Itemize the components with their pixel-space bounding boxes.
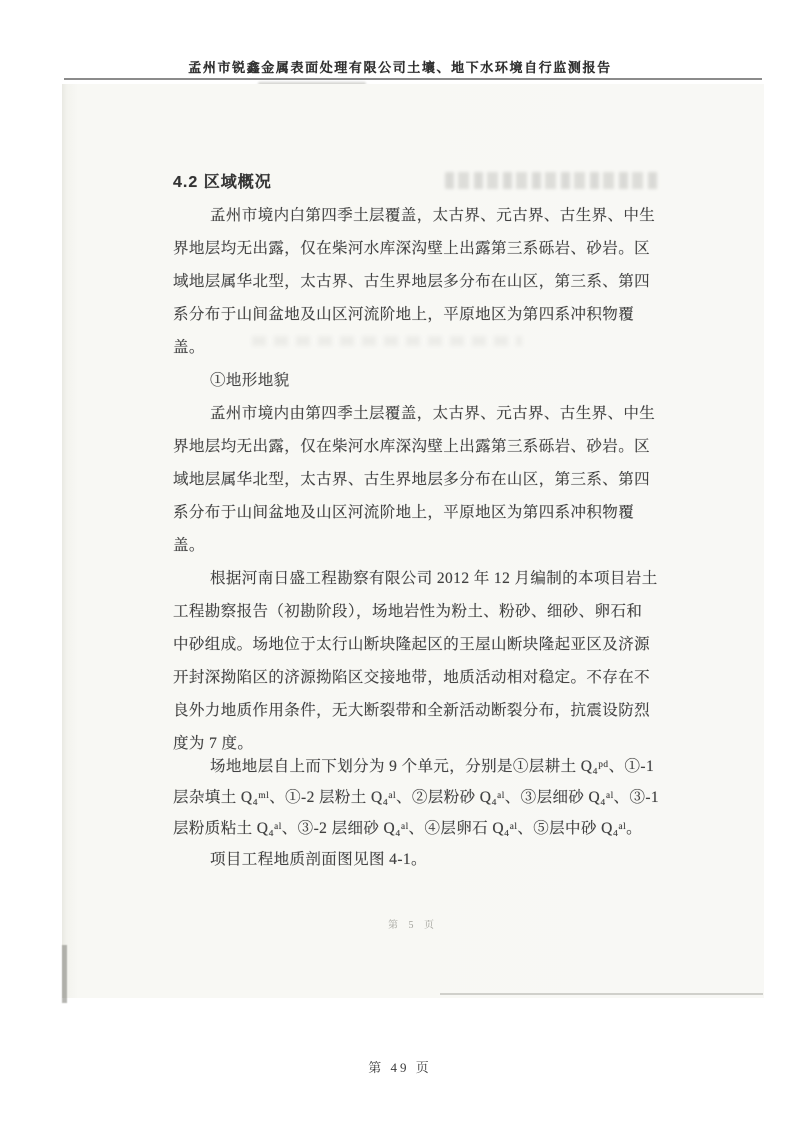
text-line: 根据河南日盛工程勘察有限公司 2012 年 12 月编制的本项目岩土	[173, 562, 693, 595]
text-line: 界地层均无出露，仅在柴河水库深沟壁上出露第三系砾岩、砂岩。区	[173, 232, 693, 265]
text-line: 场地地层自上而下划分为 9 个单元，分别是①层耕土 Q₄ᵖᵈ、①-1	[173, 751, 693, 782]
text-line: 工程勘察报告（初勘阶段），场地岩性为粉土、粉砂、细砂、卵石和	[173, 595, 693, 628]
section-heading: 4.2 区域概况	[173, 166, 693, 199]
text-line: 孟州市境内白第四季土层覆盖，太古界、元古界、古生界、中生	[173, 199, 693, 232]
text-line: 系分布于山间盆地及山区河流阶地上，平原地区为第四系冲积物覆	[173, 298, 693, 331]
text-line: 层杂填土 Q₄ᵐˡ、①-2 层粉土 Q₄ᵃˡ、②层粉砂 Q₄ᵃˡ、③层细砂 Q₄…	[173, 782, 693, 813]
text-line: 域地层属华北型，太古界、古生界地层多分布在山区，第三系、第四	[173, 265, 693, 298]
document-body: 4.2 区域概况 孟州市境内白第四季土层覆盖，太古界、元古界、古生界、中生 界地…	[173, 166, 693, 875]
text-line: 域地层属华北型，太古界、古生界地层多分布在山区，第三系、第四	[173, 463, 693, 496]
document-page: { "header": { "title": "孟州市锐鑫金属表面处理有限公司土…	[0, 0, 800, 1132]
text-line: 良外力地质作用条件，无大断裂带和全新活动断裂分布，抗震设防烈	[173, 694, 693, 727]
scan-edge-smudge	[62, 945, 67, 1003]
text-line: 项目工程地质剖面图见图 4-1。	[173, 844, 693, 875]
text-line: 中砂组成。场地位于太行山断块隆起区的王屋山断块隆起亚区及济源	[173, 628, 693, 661]
text-line: 系分布于山间盆地及山区河流阶地上，平原地区为第四系冲积物覆	[173, 496, 693, 529]
footer-page-number: 第 49 页	[0, 1057, 800, 1076]
scanned-page-area: 4.2 区域概况 孟州市境内白第四季土层覆盖，太古界、元古界、古生界、中生 界地…	[62, 84, 764, 998]
text-line: 界地层均无出露，仅在柴河水库深沟壁上出露第三系砾岩、砂岩。区	[173, 430, 693, 463]
scanned-inner-page-number: 第 5 页	[62, 916, 764, 931]
report-header-title: 孟州市锐鑫金属表面处理有限公司土壤、地下水环境自行监测报告	[0, 57, 800, 76]
scan-edge-line	[440, 993, 763, 995]
text-line: 层粉质粘土 Q₄ᵃˡ、③-2 层细砂 Q₄ᵃˡ、④层卵石 Q₄ᵃˡ、⑤层中砂 Q…	[173, 813, 693, 844]
subsection-label: ①地形地貌	[173, 364, 693, 397]
text-line: 孟州市境内由第四季土层覆盖，太古界、元古界、古生界、中生	[173, 397, 693, 430]
text-line: 盖。	[173, 331, 693, 364]
text-line: 盖。	[173, 529, 693, 562]
text-line: 开封深拗陷区的济源拗陷区交接地带，地质活动相对稳定。不存在不	[173, 661, 693, 694]
header-rule	[64, 78, 762, 80]
